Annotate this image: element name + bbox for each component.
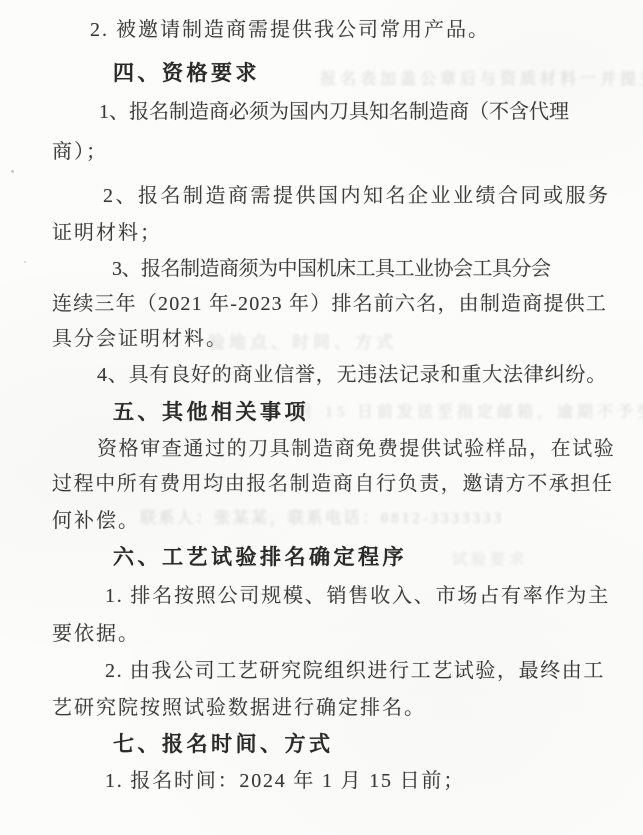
other-matters-paragraph-line-1: 资格审查通过的刀具制造商免费提供试验样品，在试验 — [97, 437, 615, 461]
section-heading-qualification-requirements: 四、资格要求 — [113, 61, 260, 85]
scan-speck — [11, 170, 14, 173]
bleedthrough-smudge: 验地点、时间、方式 — [208, 328, 397, 353]
scan-speck — [24, 261, 26, 263]
qualification-item-3-line-2: 连续三年（2021 年-2023 年）排名前六名，由制造商提供工 — [52, 292, 607, 316]
section-heading-ranking-procedure: 六、工艺试验排名确定程序 — [113, 545, 407, 569]
ranking-item-1-line-2: 要依据。 — [52, 622, 140, 646]
bleedthrough-smudge: 联系人：张某某，联系电话：0812-3333333 — [140, 505, 504, 528]
qualification-item-3-line-1: 3、报名制造商须为中国机床工具工业协会工具分会 — [112, 257, 551, 281]
qualification-item-3-line-3: 具分会证明材料。 — [52, 327, 228, 351]
ranking-item-1-line-1: 1. 排名按照公司规模、销售收入、市场占有率作为主 — [105, 584, 610, 608]
bleedthrough-smudge: 试验要求 — [452, 548, 528, 569]
bleedthrough-smudge: 报名表加盖公章后与资质材料一并提交 — [320, 66, 643, 89]
other-matters-paragraph-line-3: 何补偿。 — [52, 509, 140, 533]
ranking-item-2-line-1: 2. 由我公司工艺研究院组织进行工艺试验，最终由工 — [105, 659, 605, 683]
qualification-item-2-line-2: 证明材料； — [52, 221, 162, 245]
other-matters-paragraph-line-2: 过程中所有费用均由报名制造商自行负责，邀请方不承担任 — [52, 472, 614, 496]
doc-line-invited-products: 2. 被邀请制造商需提供我公司常用产品。 — [90, 18, 490, 42]
section-heading-registration-time-method: 七、报名时间、方式 — [113, 732, 334, 756]
section-heading-other-matters: 五、其他相关事项 — [113, 400, 309, 424]
qualification-item-1-line-1: 1、报名制造商必须为国内刀具知名制造商（不含代理 — [99, 100, 569, 124]
qualification-item-1-line-2: 商）； — [52, 140, 108, 164]
qualification-item-4: 4、具有良好的商业信誉，无违法记录和重大法律纠纷。 — [97, 363, 607, 387]
scanned-document-page: 报名表加盖公章后与资质材料一并提交 验地点、时间、方式 月 15 日前发送至指定… — [0, 0, 643, 835]
bleedthrough-smudge: 月 15 日前发送至指定邮箱，逾期不予受理 — [297, 399, 643, 422]
registration-time-item: 1. 报名时间：2024 年 1 月 15 日前； — [105, 769, 465, 793]
qualification-item-2-line-1: 2、报名制造商需提供国内知名企业业绩合同或服务 — [103, 184, 611, 208]
ranking-item-2-line-2: 艺研究院按照试验数据进行确定排名。 — [52, 696, 426, 720]
